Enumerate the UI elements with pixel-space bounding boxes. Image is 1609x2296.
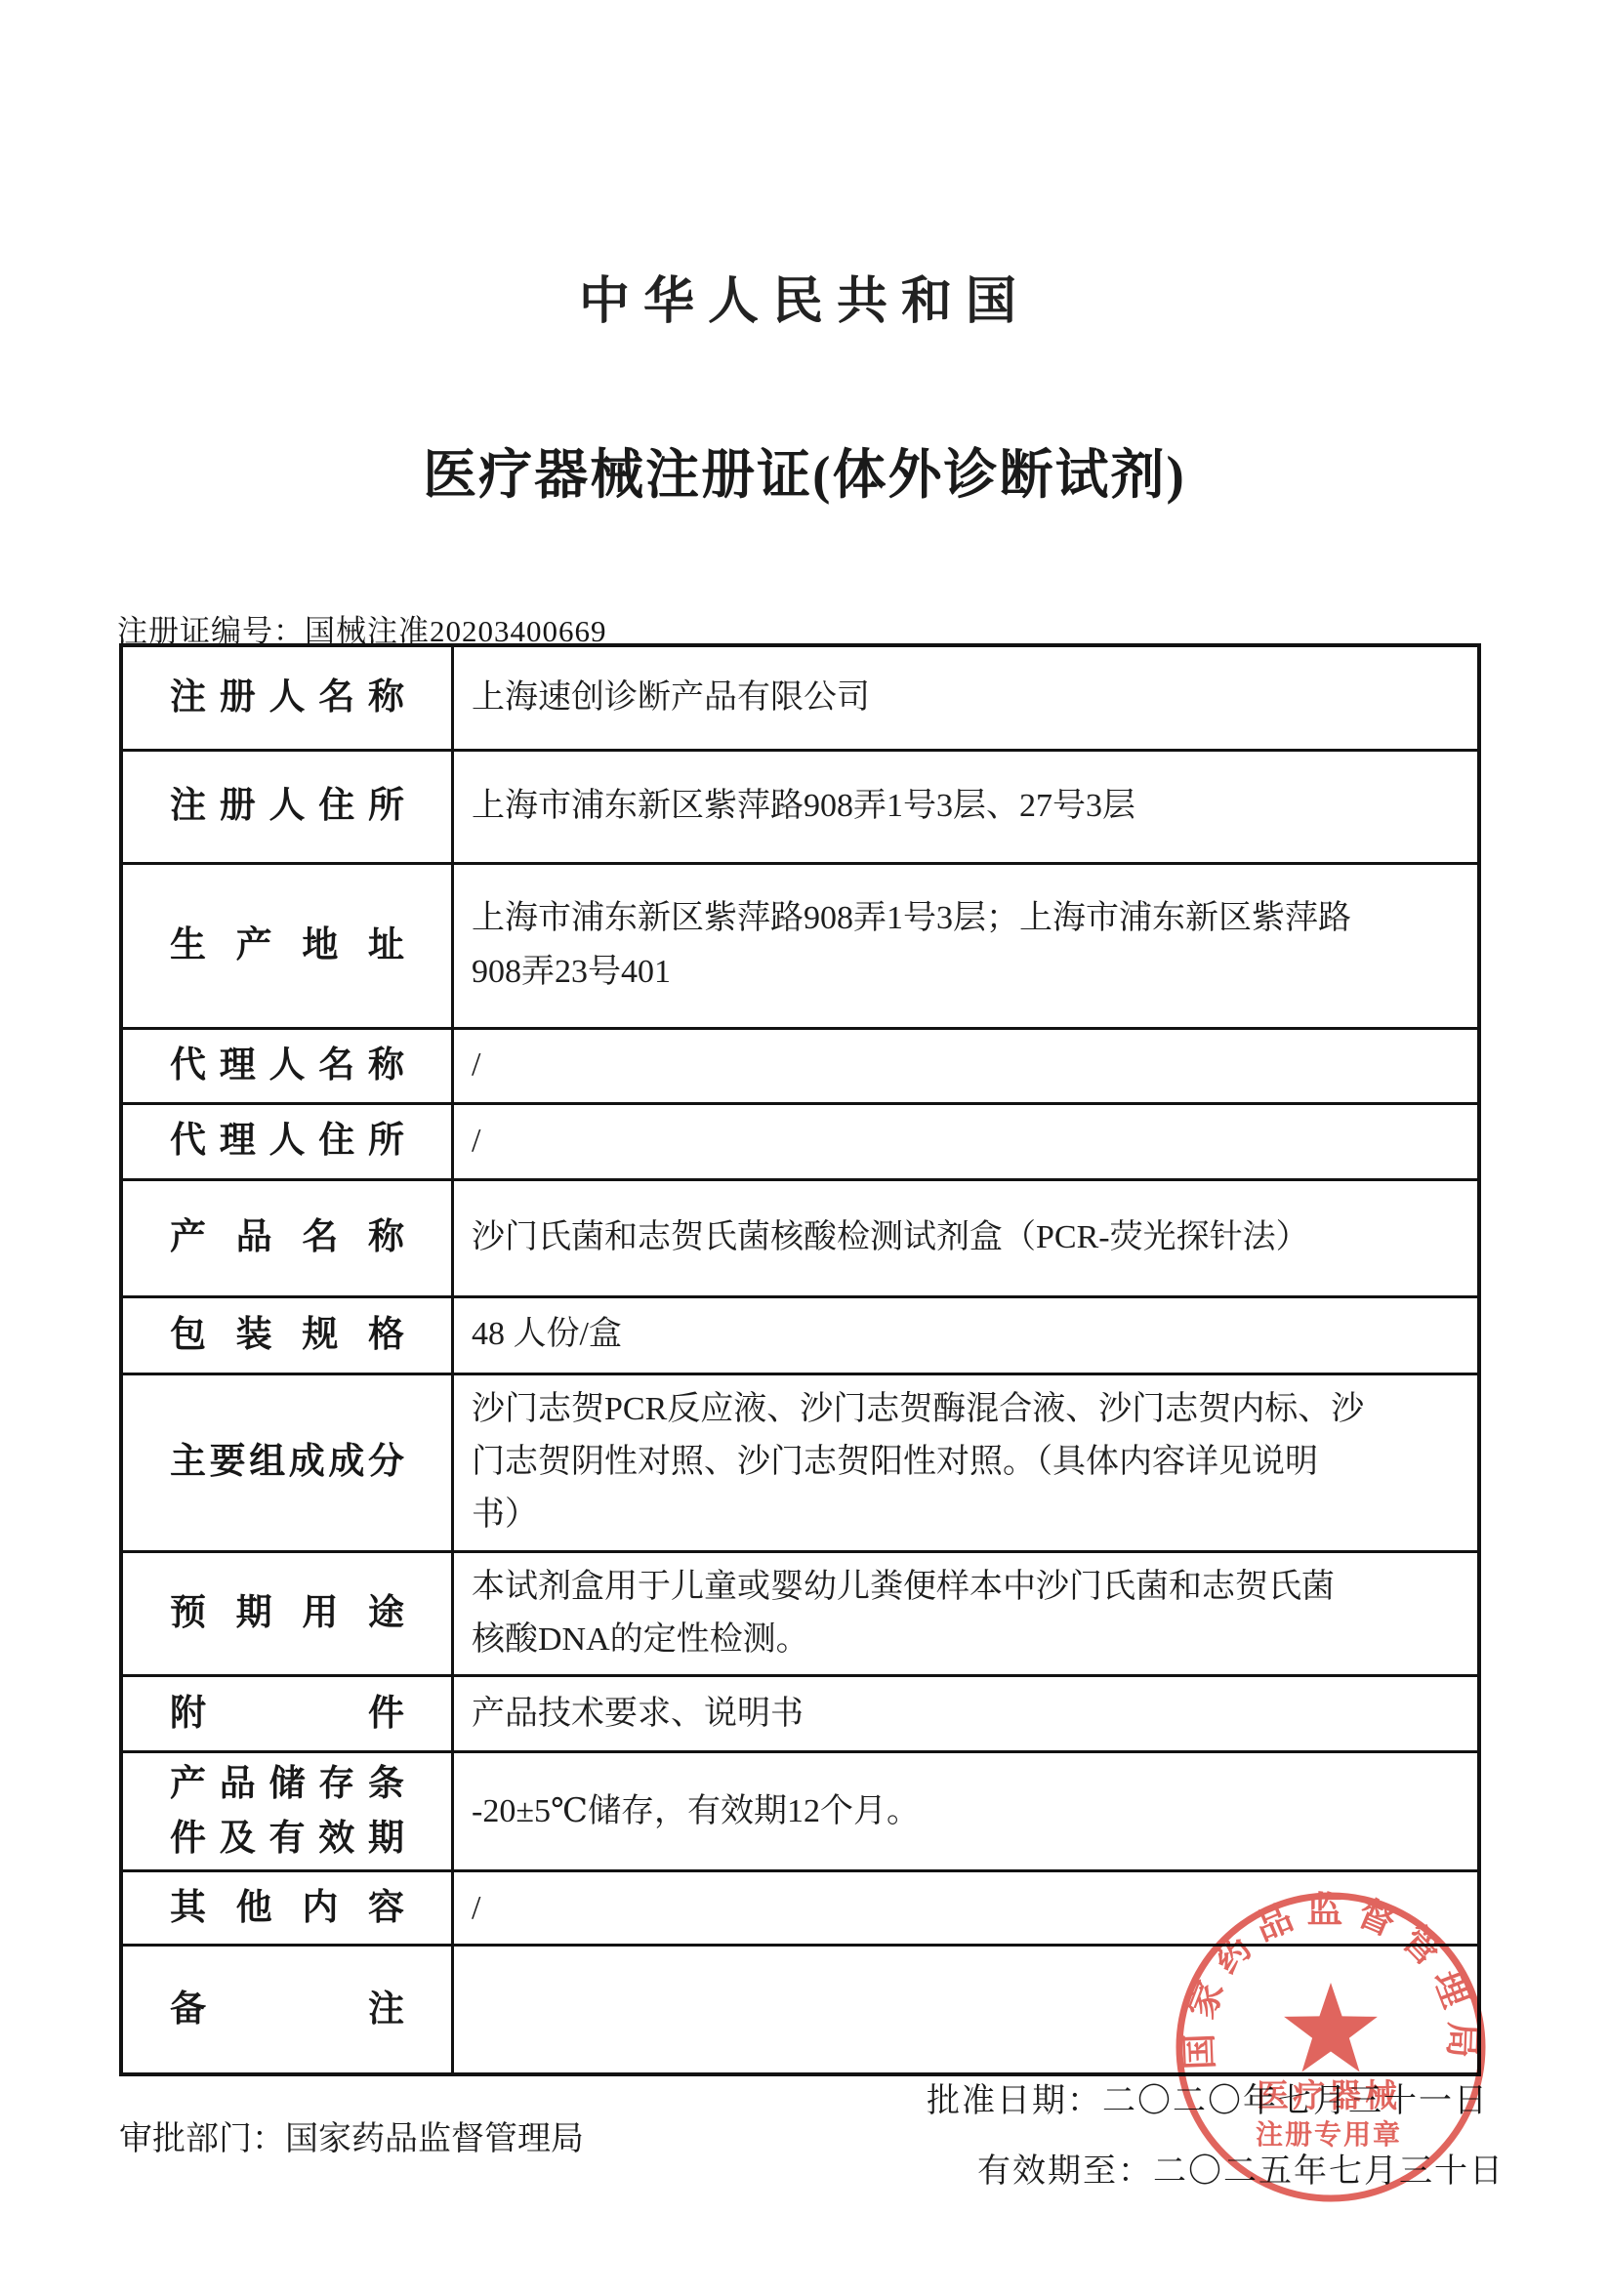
row-label: 产品名称 <box>123 1207 451 1269</box>
row-label: 产品储存条 件及有效期 <box>123 1753 451 1869</box>
row-label: 包装规格 <box>123 1304 451 1367</box>
valid-until-label: 有效期至： <box>977 2153 1153 2190</box>
approval-department-line: 审批部门：国家药品监督管理局 <box>119 2111 584 2159</box>
row-label-cell: 包装规格 <box>121 1296 453 1373</box>
row-label: 附件 <box>123 1683 451 1745</box>
approval-department-value: 国家药品监督管理局 <box>285 2121 584 2157</box>
row-label-cell: 预期用途 <box>121 1551 453 1676</box>
row-label-cell: 附件 <box>121 1676 453 1752</box>
row-value-cell: 沙门志贺PCR反应液、沙门志贺酶混合液、沙门志贺内标、沙 门志贺阴性对照、沙门志… <box>453 1373 1480 1551</box>
row-value: 本试剂盒用于儿童或婴幼儿粪便样本中沙门氏菌和志贺氏菌 核酸DNA的定性检测。 <box>454 1553 1477 1675</box>
table-row: 代理人住所/ <box>121 1103 1479 1179</box>
country-title: 中华人民共和国 <box>0 260 1609 333</box>
row-label-cell: 代理人住所 <box>121 1103 453 1179</box>
table-row: 包装规格48 人份/盒 <box>121 1296 1479 1373</box>
certificate-table: 注册人名称上海速创诊断产品有限公司注册人住所上海市浦东新区紫萍路908弄1号3层… <box>119 643 1481 2076</box>
row-label: 注册人名称 <box>123 667 451 729</box>
table-row: 产品名称沙门氏菌和志贺氏菌核酸检测试剂盒（PCR-荧光探针法） <box>121 1179 1479 1296</box>
star-icon <box>1284 1983 1378 2072</box>
table-row: 产品储存条 件及有效期-20±5℃储存，有效期12个月。 <box>121 1752 1479 1871</box>
row-value: 48 人份/盒 <box>454 1300 1477 1369</box>
row-value: 沙门氏菌和志贺氏菌核酸检测试剂盒（PCR-荧光探针法） <box>454 1204 1477 1272</box>
row-value: 上海市浦东新区紫萍路908弄1号3层、27号3层 <box>454 772 1477 840</box>
row-value-cell: 上海市浦东新区紫萍路908弄1号3层；上海市浦东新区紫萍路 908弄23号401 <box>453 863 1480 1028</box>
row-value: 上海速创诊断产品有限公司 <box>454 664 1477 732</box>
row-value: / <box>454 1031 1477 1099</box>
row-value-cell: 本试剂盒用于儿童或婴幼儿粪便样本中沙门氏菌和志贺氏菌 核酸DNA的定性检测。 <box>453 1551 1480 1676</box>
table-row: 预期用途本试剂盒用于儿童或婴幼儿粪便样本中沙门氏菌和志贺氏菌 核酸DNA的定性检… <box>121 1551 1479 1676</box>
row-label: 主要组成成分 <box>123 1431 451 1494</box>
row-label-cell: 生产地址 <box>121 863 453 1028</box>
row-label-cell: 代理人名称 <box>121 1028 453 1103</box>
row-value-cell: / <box>453 1103 1480 1179</box>
table-row: 代理人名称/ <box>121 1028 1479 1103</box>
approval-date-label: 批准日期： <box>927 2083 1102 2119</box>
row-value-cell: 上海市浦东新区紫萍路908弄1号3层、27号3层 <box>453 750 1480 863</box>
approval-department-label: 审批部门： <box>119 2121 285 2157</box>
table-row: 主要组成成分沙门志贺PCR反应液、沙门志贺酶混合液、沙门志贺内标、沙 门志贺阴性… <box>121 1373 1479 1551</box>
row-label: 备注 <box>123 1979 451 2041</box>
row-label-cell: 产品储存条 件及有效期 <box>121 1752 453 1871</box>
table-row: 生产地址上海市浦东新区紫萍路908弄1号3层；上海市浦东新区紫萍路 908弄23… <box>121 863 1479 1028</box>
row-value-cell: 48 人份/盒 <box>453 1296 1480 1373</box>
row-value: / <box>454 1107 1477 1175</box>
seal-text-line2: 注册专用章 <box>1256 2118 1402 2151</box>
table-row: 注册人住所上海市浦东新区紫萍路908弄1号3层、27号3层 <box>121 750 1479 863</box>
row-label-cell: 备注 <box>121 1946 453 2074</box>
row-label: 代理人住所 <box>123 1110 451 1172</box>
row-value: -20±5℃储存，有效期12个月。 <box>454 1778 1477 1846</box>
row-value-cell: / <box>453 1028 1480 1103</box>
row-label: 注册人住所 <box>123 775 451 838</box>
row-value-cell: 上海速创诊断产品有限公司 <box>453 645 1480 750</box>
row-value-cell: 沙门氏菌和志贺氏菌核酸检测试剂盒（PCR-荧光探针法） <box>453 1179 1480 1296</box>
row-label-cell: 产品名称 <box>121 1179 453 1296</box>
row-value: 产品技术要求、说明书 <box>454 1680 1477 1748</box>
row-label: 代理人名称 <box>123 1035 451 1097</box>
row-label-cell: 注册人住所 <box>121 750 453 863</box>
row-value-cell: 产品技术要求、说明书 <box>453 1676 1480 1752</box>
row-label: 生产地址 <box>123 915 451 977</box>
certificate-title: 医疗器械注册证(体外诊断试剂) <box>0 431 1609 509</box>
row-value-cell: -20±5℃储存，有效期12个月。 <box>453 1752 1480 1871</box>
official-seal: 国家药品监督管理局 医疗器械 注册专用章 <box>1165 1881 1497 2213</box>
row-label: 预期用途 <box>123 1582 451 1645</box>
row-label: 其他内容 <box>123 1877 451 1940</box>
row-value: 上海市浦东新区紫萍路908弄1号3层；上海市浦东新区紫萍路 908弄23号401 <box>454 884 1477 1006</box>
row-label-cell: 主要组成成分 <box>121 1373 453 1551</box>
certificate-page: 中华人民共和国 医疗器械注册证(体外诊断试剂) 注册证编号：国械注准202034… <box>0 0 1609 2296</box>
row-value: 沙门志贺PCR反应液、沙门志贺酶混合液、沙门志贺内标、沙 门志贺阴性对照、沙门志… <box>454 1375 1477 1550</box>
seal-text-line1: 医疗器械 <box>1257 2078 1401 2114</box>
table-row: 注册人名称上海速创诊断产品有限公司 <box>121 645 1479 750</box>
row-label-cell: 其他内容 <box>121 1871 453 1946</box>
table-row: 附件产品技术要求、说明书 <box>121 1676 1479 1752</box>
row-label-cell: 注册人名称 <box>121 645 453 750</box>
